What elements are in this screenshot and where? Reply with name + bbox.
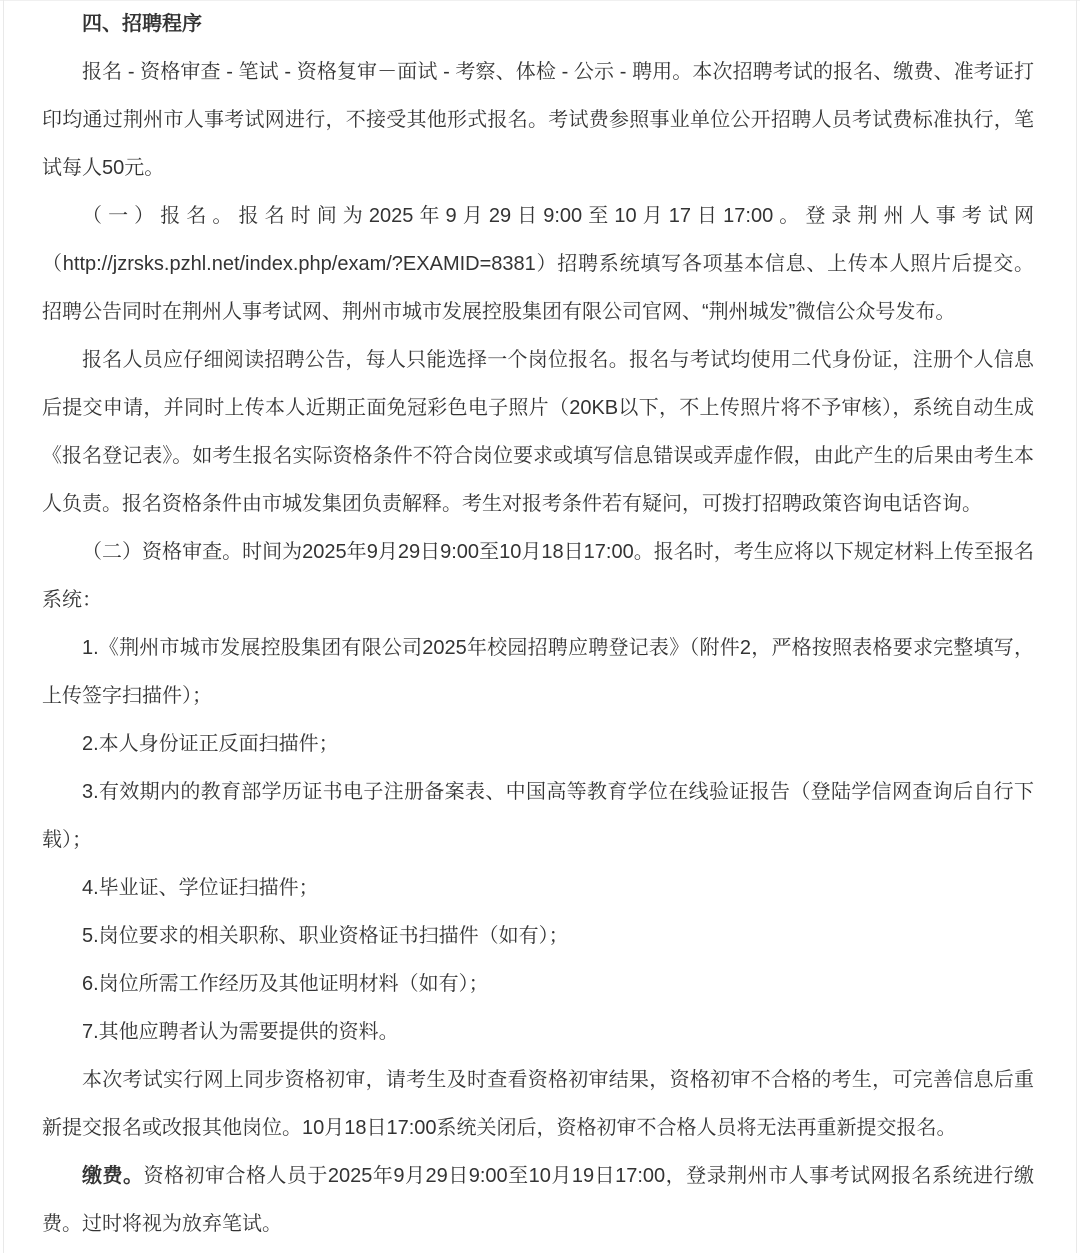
list-item-5: 5.岗位要求的相关职称、职业资格证书扫描件（如有）； [42, 912, 1034, 960]
list-item-6: 6.岗位所需工作经历及其他证明材料（如有）； [42, 960, 1034, 1008]
payment-text: 资格初审合格人员于2025年9月29日9:00至10月19日17:00，登录荆州… [42, 1165, 1034, 1235]
paragraph-qualification-review: （二）资格审查。时间为2025年9月29日9:00至10月18日17:00。报名… [42, 528, 1034, 624]
page-right-edge [1076, 0, 1077, 1253]
document-page: 四、招聘程序 报名 - 资格审查 - 笔试 - 资格复审－面试 - 考察、体检 … [0, 0, 1080, 1253]
paragraph-process-overview: 报名 - 资格审查 - 笔试 - 资格复审－面试 - 考察、体检 - 公示 - … [42, 48, 1034, 192]
list-item-7: 7.其他应聘者认为需要提供的资料。 [42, 1008, 1034, 1056]
list-item-3: 3.有效期内的教育部学历证书电子注册备案表、中国高等教育学位在线验证报告（登陆学… [42, 768, 1034, 864]
paragraph-registration-rules: 报名人员应仔细阅读招聘公告，每人只能选择一个岗位报名。报名与考试均使用二代身份证… [42, 336, 1034, 528]
article-body: 四、招聘程序 报名 - 资格审查 - 笔试 - 资格复审－面试 - 考察、体检 … [42, 0, 1034, 1248]
list-item-1: 1.《荆州市城市发展控股集团有限公司2025年校园招聘应聘登记表》（附件2，严格… [42, 624, 1034, 720]
paragraph-registration: （一）报名。报名时间为2025年9月29日9:00至10月17日17:00。登录… [42, 192, 1034, 336]
payment-lead-label: 缴费。 [82, 1165, 143, 1187]
list-item-2: 2.本人身份证正反面扫描件； [42, 720, 1034, 768]
paragraph-payment: 缴费。资格初审合格人员于2025年9月29日9:00至10月19日17:00，登… [42, 1152, 1034, 1248]
list-item-4: 4.毕业证、学位证扫描件； [42, 864, 1034, 912]
page-left-edge [3, 0, 4, 1253]
paragraph-preliminary-review: 本次考试实行网上同步资格初审，请考生及时查看资格初审结果，资格初审不合格的考生，… [42, 1056, 1034, 1152]
section-heading: 四、招聘程序 [42, 0, 1034, 48]
